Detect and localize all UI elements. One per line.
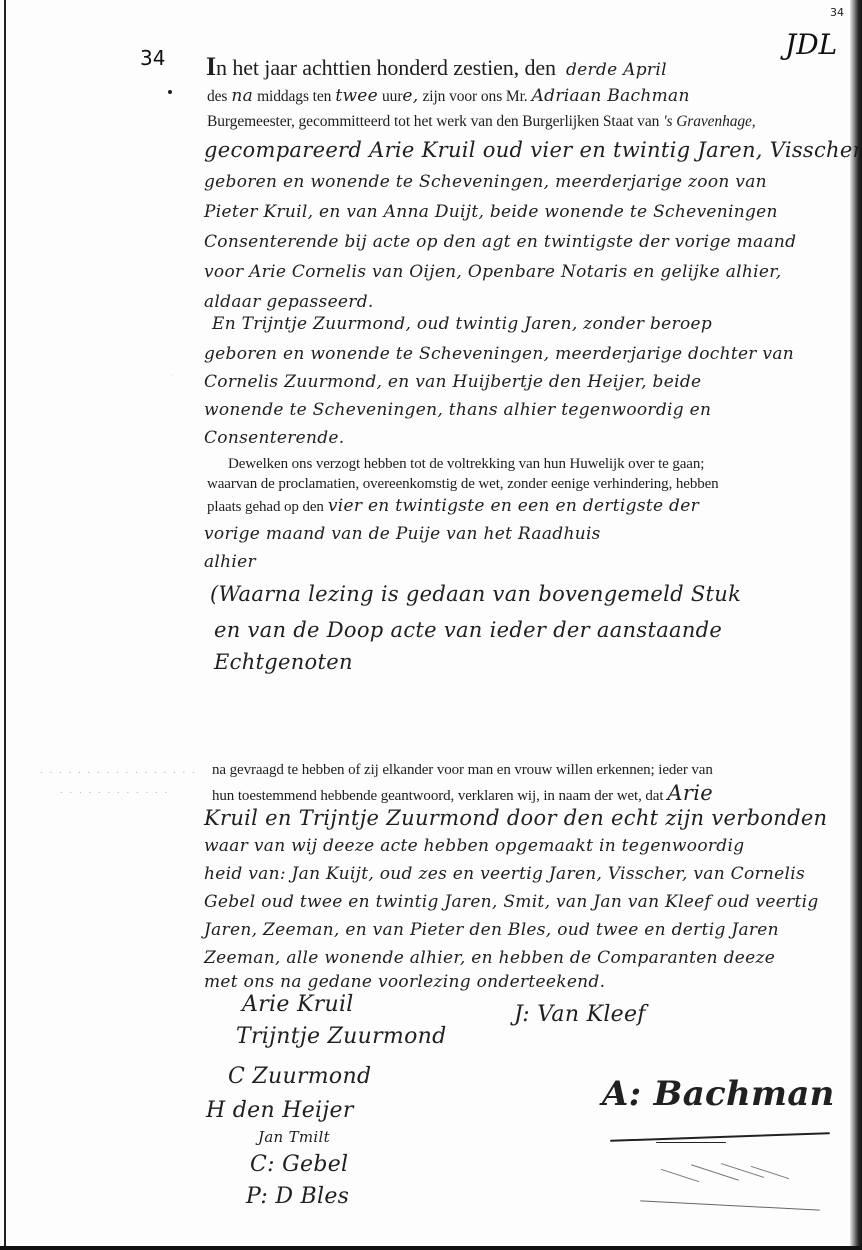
signature-bride-mother: H den Heijer [206, 1098, 354, 1123]
groom-line-2: geboren en wonende te Scheveningen, meer… [204, 172, 767, 192]
drop-cap: I [206, 52, 216, 81]
declaration-hand-7: met ons na gedane voorlezing onderteeken… [204, 972, 605, 992]
margin-dot [168, 90, 172, 94]
hand-proclamation-dates: vier en twintigste en een en dertigste d… [328, 496, 699, 516]
reading-note-line-3: Echtgenoten [214, 650, 353, 674]
print-gravenhage: 's Gravenhage, [663, 113, 755, 130]
reading-note-line-1: (Waarna lezing is gedaan van bovengemeld… [210, 582, 741, 606]
signature-witness-1: Jan Tmilt [258, 1128, 330, 1146]
declaration-hand-1: Kruil en Trijntje Zuurmond door den echt… [204, 806, 827, 830]
signature-witness-4: J: Van Kleef [514, 1002, 646, 1027]
bleed-line [640, 1200, 820, 1210]
right-page-edge [850, 0, 862, 1250]
print-des: des [207, 88, 227, 105]
print-middags: middags ten [257, 88, 331, 105]
bride-line-2: geboren en wonende te Scheveningen, meer… [204, 344, 794, 364]
signature-witness-3: P: D Bles [246, 1184, 349, 1209]
official-signature-flourish [610, 1132, 830, 1142]
reading-note-line-2: en van de Doop acte van ieder der aansta… [214, 618, 722, 642]
print-plaats-gehad: plaats gehad op den [207, 499, 324, 515]
page-number: 34 [830, 6, 844, 19]
record-number: 34 [140, 46, 165, 70]
bride-line-4: wonende te Scheveningen, thans alhier te… [204, 400, 711, 420]
groom-line-5: voor Arie Cornelis van Oijen, Openbare N… [204, 262, 782, 282]
signature-bride-father: C Zuurmond [228, 1064, 371, 1089]
print-voor-ons: zijn voor ons Mr. [422, 88, 527, 105]
bride-line-3: Cornelis Zuurmond, en van Huijbertje den… [204, 372, 701, 392]
left-margin-rule [4, 0, 6, 1250]
document-page: 34 34 JDL In het jaar achttien honderd z… [0, 0, 862, 1250]
header-line-2: des na middags ten twee uure, zijn voor … [207, 86, 690, 106]
header-line-1: In het jaar achttien honderd zestien, de… [206, 52, 667, 82]
groom-line-3: Pieter Kruil, en van Anna Duijt, beide w… [204, 202, 778, 222]
declaration-hand-6: Zeeman, alle wonende alhier, en hebben d… [204, 948, 775, 968]
signature-witness-2: C: Gebel [250, 1152, 348, 1177]
hand-groom-first: Arie [667, 781, 713, 805]
signature-groom: Arie Kruil [242, 992, 354, 1017]
print-verklaren: hun toestemmend hebbende geantwoord, ver… [212, 788, 663, 804]
declaration-hand-4: Gebel oud twee en twintig Jaren, Smit, v… [204, 892, 819, 912]
bride-line-5: Consenterende. [204, 428, 345, 448]
bleed-through-text: . . . . . . . . . . . . . . . . . [40, 764, 197, 776]
hand-e: e, [402, 86, 418, 106]
signature-bride: Trijntje Zuurmond [236, 1024, 447, 1049]
hand-na: na [231, 86, 253, 106]
groom-line-6: aldaar gepasseerd. [204, 292, 374, 312]
declaration-line-2: hun toestemmend hebbende geantwoord, ver… [212, 781, 713, 805]
groom-line-4: Consenterende bij acte op den agt en twi… [204, 232, 796, 252]
proclamation-line-3: plaats gehad op den vier en twintigste e… [207, 496, 699, 516]
print-burgemeester: Burgemeester, gecommitteerd tot het werk… [207, 113, 659, 130]
bleed-through-text-2: . . . . . . . . . . . . [60, 784, 169, 796]
proclamation-line-2: waarvan de proclamatien, overeenkomstig … [207, 476, 719, 493]
groom-line-1: gecompareerd Arie Kruil oud vier en twin… [204, 138, 862, 162]
official-signature-underline [656, 1142, 726, 1143]
bleed-scribble [751, 1166, 789, 1179]
declaration-hand-3: heid van: Jan Kuijt, oud zes en veertig … [204, 864, 805, 884]
proclamation-hand-line-4: vorige maand van de Puije van het Raadhu… [204, 524, 601, 544]
clerk-initials: JDL [785, 28, 837, 61]
declaration-hand-5: Jaren, Zeeman, en van Pieter den Bles, o… [204, 920, 779, 940]
declaration-hand-2: waar van wij deeze acte hebben opgemaakt… [204, 836, 744, 856]
header-line-1-print: n het jaar achttien honderd zestien, den [216, 55, 556, 80]
bleed-scribble [661, 1169, 699, 1182]
declaration-line-1: na gevraagd te hebben of zij elkander vo… [212, 762, 713, 779]
hand-official-name: Adriaan Bachman [532, 86, 690, 106]
proclamation-line-1: Dewelken ons verzogt hebben tot de voltr… [228, 456, 704, 473]
hand-twee: twee [335, 86, 378, 106]
bottom-page-edge [0, 1246, 862, 1250]
header-date-hand: derde April [566, 60, 667, 80]
signature-official: A: Bachman [602, 1074, 835, 1114]
bride-line-1: En Trijntje Zuurmond, oud twintig Jaren,… [212, 314, 712, 334]
proclamation-hand-line-5: alhier [204, 552, 256, 572]
header-line-3: Burgemeester, gecommitteerd tot het werk… [207, 113, 756, 131]
print-uur: uur [382, 88, 402, 105]
